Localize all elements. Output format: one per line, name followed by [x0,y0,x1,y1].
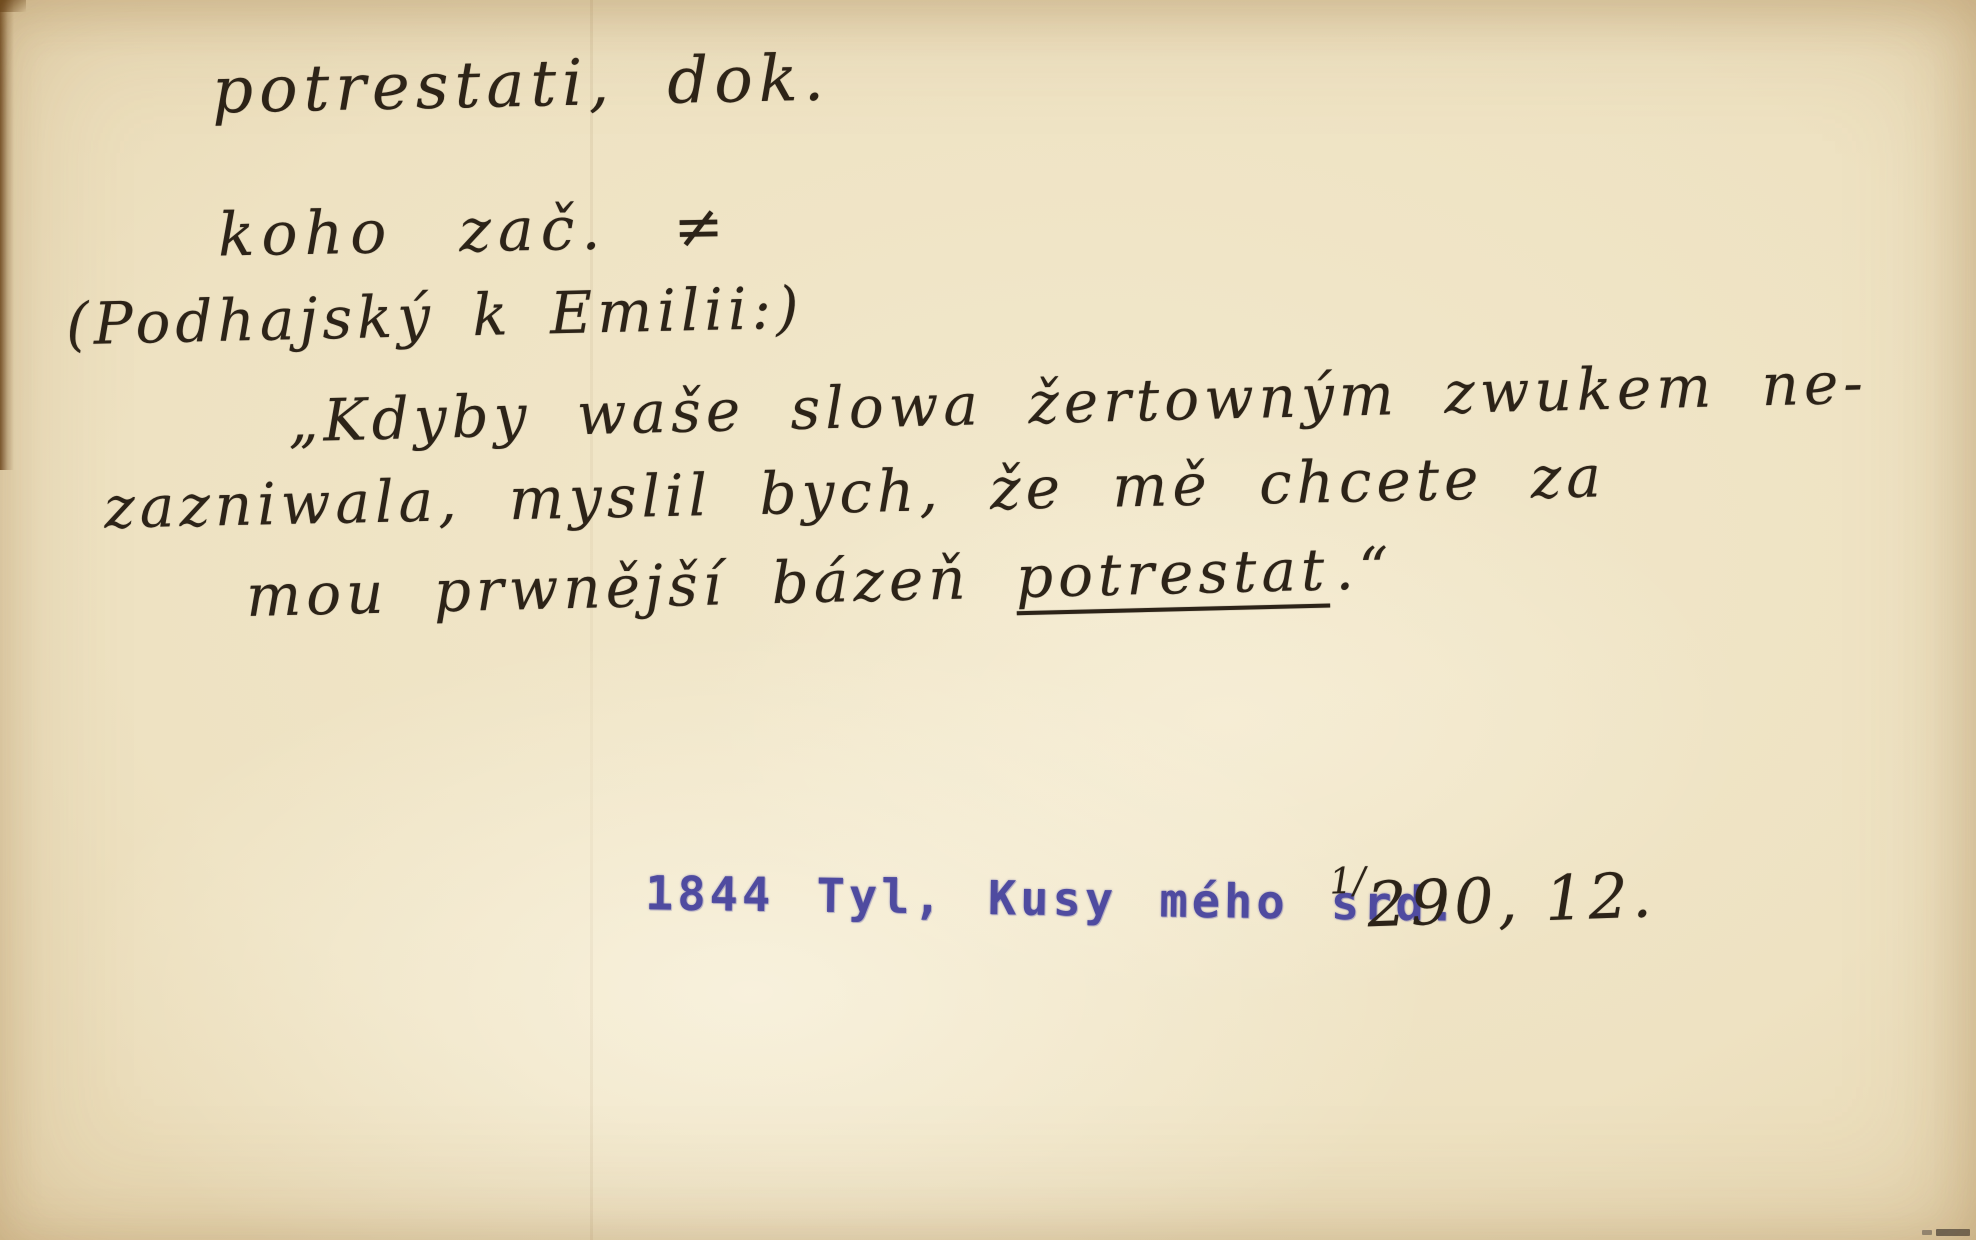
underlined-word: potrestat [1015,535,1336,611]
scan-artifact-speck [1922,1230,1932,1235]
headword-line: potrestati, dok. [211,42,830,129]
top-left-corner-mark [0,0,26,12]
quote-line-3-post: .“ [1334,534,1394,603]
quote-line-2: zazniwala, myslil bych, že mě chcete za [103,442,1606,541]
citation-reference-main: 290, 12. [1366,858,1657,941]
quote-line-1: „Kdyby waše slowa žertowným zwukem ne- [287,349,1868,456]
citation-reference-superscript: 1/ [1329,860,1367,902]
quote-line-3-pre: mou prwnější bázeň [245,543,1016,630]
citation-reference: 1/290, 12. [1329,850,1657,942]
left-edge-shade [0,0,14,470]
scan-artifact-speck [1936,1229,1970,1236]
quote-line-3: mou prwnější bázeň potrestat.“ [245,534,1394,630]
valency-line: koho zač. ≠ [217,192,731,271]
archival-excerpt-card: potrestati, dok. koho zač. ≠ (Podhajský … [0,0,1976,1240]
attribution-line: (Podhajský k Emilii:) [65,274,804,359]
